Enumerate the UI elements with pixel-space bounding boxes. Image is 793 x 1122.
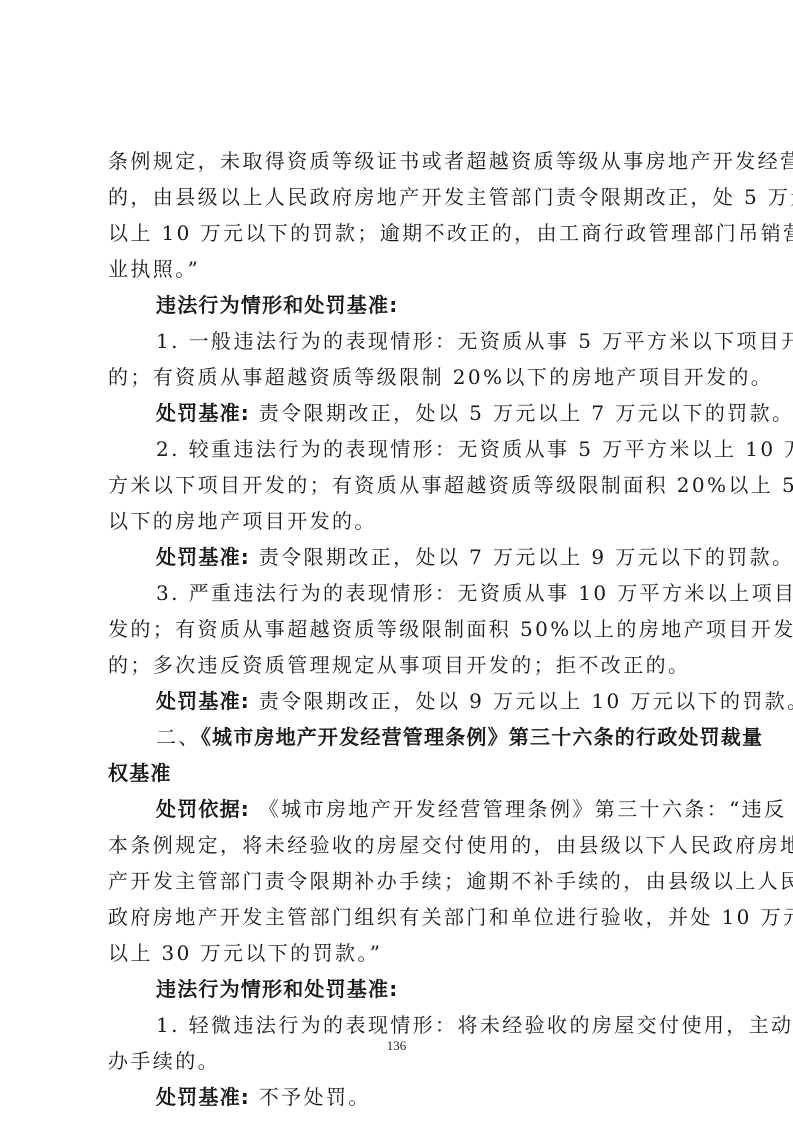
body-text: 条例规定，未取得资质等级证书或者超越资质等级从事房地产开发经营: [108, 149, 793, 173]
body-text: 的，由县级以上人民政府房地产开发主管部门责令限期改正，处 5 万元: [108, 185, 793, 209]
text-line: 以下的房地产项目开发的。: [108, 503, 686, 539]
heading-text: 违法行为情形和处罚基准:: [156, 977, 398, 1001]
text-line: 3. 严重违法行为的表现情形：无资质从事 10 万平方米以上项目开: [108, 575, 686, 611]
body-text: 发的；有资质从事超越资质等级限制面积 50%以上的房地产项目开发: [108, 617, 793, 641]
text-line: 以上 30 万元以下的罚款。”: [108, 935, 686, 971]
penalty-basis-line: 处罚依据: 《城市房地产开发经营管理条例》第三十六条：“违反: [108, 791, 686, 827]
section-title-text: 《城市房地产开发经营管理条例》第三十六条的行政处罚裁量: [201, 725, 763, 749]
penalty-standard-line: 处罚基准: 责令限期改正，处以 5 万元以上 7 万元以下的罚款。: [108, 395, 686, 431]
body-text: 3. 严重违法行为的表现情形：无资质从事 10 万平方米以上项目开: [156, 581, 793, 605]
section-title: 二、《城市房地产开发经营管理条例》第三十六条的行政处罚裁量: [108, 719, 686, 755]
section-title-continued: 权基准: [108, 755, 686, 791]
text-line: 的，由县级以上人民政府房地产开发主管部门责令限期改正，处 5 万元: [108, 179, 686, 215]
body-text: 1. 轻微违法行为的表现情形：将未经验收的房屋交付使用，主动补: [156, 1013, 793, 1037]
label-text: 处罚基准:: [156, 689, 250, 713]
body-text: 以上 10 万元以下的罚款；逾期不改正的，由工商行政管理部门吊销营: [108, 221, 793, 245]
body-text: 不予处罚。: [250, 1085, 371, 1109]
body-text: 产开发主管部门责令限期补办手续；逾期不补手续的，由县级以上人民: [108, 869, 793, 893]
body-text: 方米以下项目开发的；有资质从事超越资质等级限制面积 20%以上 50%: [108, 473, 793, 497]
penalty-standard-line: 处罚基准: 不予处罚。: [108, 1079, 686, 1115]
body-text: 1. 一般违法行为的表现情形：无资质从事 5 万平方米以下项目开发: [156, 329, 793, 353]
penalty-standard-line: 处罚基准: 责令限期改正，处以 9 万元以上 10 万元以下的罚款。: [108, 683, 686, 719]
label-text: 处罚基准:: [156, 401, 250, 425]
text-line: 方米以下项目开发的；有资质从事超越资质等级限制面积 20%以上 50%: [108, 467, 686, 503]
text-line: 产开发主管部门责令限期补办手续；逾期不补手续的，由县级以上人民: [108, 863, 686, 899]
label-text: 处罚基准:: [156, 1085, 250, 1109]
text-line: 发的；有资质从事超越资质等级限制面积 50%以上的房地产项目开发: [108, 611, 686, 647]
body-text: 的；多次违反资质管理规定从事项目开发的；拒不改正的。: [108, 653, 690, 677]
body-text: 以上 30 万元以下的罚款。”: [108, 941, 382, 965]
section-heading: 违法行为情形和处罚基准:: [108, 287, 686, 323]
document-body: 条例规定，未取得资质等级证书或者超越资质等级从事房地产开发经营 的，由县级以上人…: [108, 143, 686, 1115]
section-number: 二、: [156, 725, 201, 749]
penalty-standard-line: 处罚基准: 责令限期改正，处以 7 万元以上 9 万元以下的罚款。: [108, 539, 686, 575]
text-line: 条例规定，未取得资质等级证书或者超越资质等级从事房地产开发经营: [108, 143, 686, 179]
body-text: 责令限期改正，处以 5 万元以上 7 万元以下的罚款。: [250, 401, 793, 425]
body-text: 本条例规定，将未经验收的房屋交付使用的，由县级以下人民政府房地: [108, 833, 793, 857]
text-line: 以上 10 万元以下的罚款；逾期不改正的，由工商行政管理部门吊销营: [108, 215, 686, 251]
heading-text: 违法行为情形和处罚基准:: [156, 293, 398, 317]
body-text: 责令限期改正，处以 7 万元以上 9 万元以下的罚款。: [250, 545, 793, 569]
body-text: 责令限期改正，处以 9 万元以上 10 万元以下的罚款。: [250, 689, 793, 713]
body-text: 政府房地产开发主管部门组织有关部门和单位进行验收，并处 10 万元: [108, 905, 793, 929]
body-text: 《城市房地产开发经营管理条例》第三十六条：“违反: [250, 797, 787, 821]
body-text: 以下的房地产项目开发的。: [108, 509, 377, 533]
body-text: 业执照。”: [108, 257, 200, 281]
text-line: 的；多次违反资质管理规定从事项目开发的；拒不改正的。: [108, 647, 686, 683]
label-text: 处罚依据:: [156, 797, 250, 821]
text-line: 2. 较重违法行为的表现情形：无资质从事 5 万平方米以上 10 万平: [108, 431, 686, 467]
body-text: 的；有资质从事超越资质等级限制 20%以下的房地产项目开发的。: [108, 365, 773, 389]
text-line: 政府房地产开发主管部门组织有关部门和单位进行验收，并处 10 万元: [108, 899, 686, 935]
text-line: 的；有资质从事超越资质等级限制 20%以下的房地产项目开发的。: [108, 359, 686, 395]
text-line: 本条例规定，将未经验收的房屋交付使用的，由县级以下人民政府房地: [108, 827, 686, 863]
label-text: 处罚基准:: [156, 545, 250, 569]
body-text: 2. 较重违法行为的表现情形：无资质从事 5 万平方米以上 10 万平: [156, 437, 793, 461]
text-line: 1. 一般违法行为的表现情形：无资质从事 5 万平方米以下项目开发: [108, 323, 686, 359]
section-title-text: 权基准: [108, 761, 172, 785]
page-number: 136: [0, 1038, 793, 1054]
section-heading: 违法行为情形和处罚基准:: [108, 971, 686, 1007]
text-line: 业执照。”: [108, 251, 686, 287]
